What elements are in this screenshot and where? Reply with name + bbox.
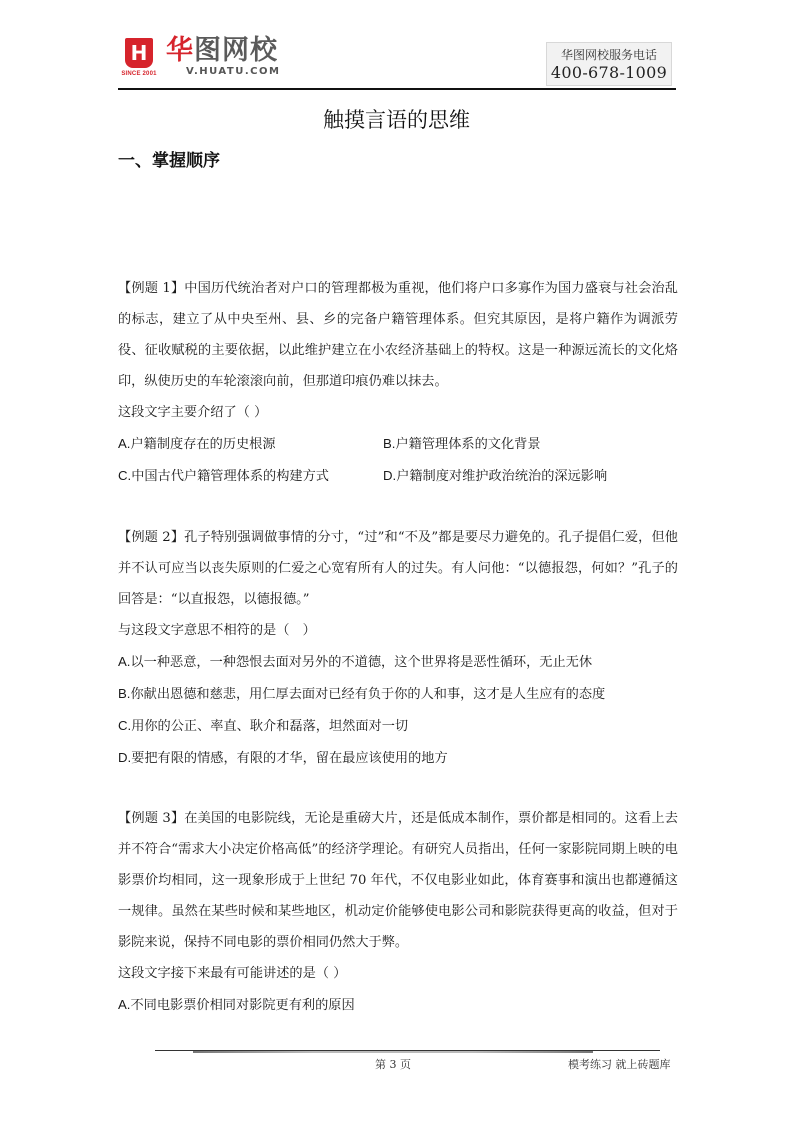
option-c: C.用你的公正、率直、耿介和磊落，坦然面对一切 — [118, 710, 678, 742]
logo-url: V.HUATU.COM — [186, 66, 280, 77]
option-b: B.户籍管理体系的文化背景 — [383, 428, 648, 460]
example-2: 【例题 2】孔子特别强调做事情的分寸，“过”和“不及”都是要尽力避免的。孔子提倡… — [118, 522, 678, 774]
option-b: B.你献出恩德和慈悲，用仁厚去面对已经有负于你的人和事，这才是人生应有的态度 — [118, 678, 678, 710]
logo-shield-icon: H — [125, 38, 153, 68]
option-a: A.不同电影票价相同对影院更有利的原因 — [118, 989, 678, 1021]
option-d: D.要把有限的情感，有限的才华，留在最应该使用的地方 — [118, 742, 678, 774]
footer-slogan: 模考练习 就上砖题库 — [568, 1056, 671, 1072]
document-title: 触摸言语的思维 — [0, 104, 793, 134]
example-label: 【例题 1】 — [118, 281, 184, 296]
example-question: 这段文字主要介绍了（ ） — [118, 397, 678, 428]
huatu-logo: H SINCE 2001 华图网校 V.HUATU.COM — [118, 36, 280, 82]
example-passage: 【例题 1】中国历代统治者对户口的管理都极为重视，他们将户口多寡作为国力盛衰与社… — [118, 273, 678, 397]
example-label: 【例题 2】 — [118, 530, 184, 545]
example-1: 【例题 1】中国历代统治者对户口的管理都极为重视，他们将户口多寡作为国力盛衰与社… — [118, 273, 678, 492]
logo-name: 华图网校 — [166, 36, 280, 66]
example-label: 【例题 3】 — [118, 811, 184, 826]
example-3: 【例题 3】在美国的电影院线，无论是重磅大片，还是低成本制作，票价都是相同的。这… — [118, 803, 678, 1021]
header-divider — [118, 88, 676, 90]
hotline-label: 华图网校服务电话 — [547, 47, 671, 63]
section-heading: 一、掌握顺序 — [118, 146, 220, 171]
hotline-box: 华图网校服务电话 400-678-1009 — [546, 42, 672, 86]
logo-since: SINCE 2001 — [118, 71, 160, 77]
page-header: H SINCE 2001 华图网校 V.HUATU.COM 华图网校服务电话 4… — [118, 36, 674, 90]
footer-divider-shade — [193, 1051, 593, 1053]
option-a: A.以一种恶意，一种怨恨去面对另外的不道德，这个世界将是恶性循环，无止无休 — [118, 646, 678, 678]
logo-badge: H SINCE 2001 — [118, 38, 160, 82]
option-d: D.户籍制度对维护政治统治的深远影响 — [383, 460, 648, 492]
example-question: 这段文字接下来最有可能讲述的是（ ） — [118, 958, 678, 989]
option-c: C.中国古代户籍管理体系的构建方式 — [118, 460, 383, 492]
option-a: A.户籍制度存在的历史根源 — [118, 428, 383, 460]
example-passage: 【例题 2】孔子特别强调做事情的分寸，“过”和“不及”都是要尽力避免的。孔子提倡… — [118, 522, 678, 615]
example-passage: 【例题 3】在美国的电影院线，无论是重磅大片，还是低成本制作，票价都是相同的。这… — [118, 803, 678, 958]
page-number: 第 3 页 — [375, 1056, 411, 1072]
hotline-number: 400-678-1009 — [547, 63, 671, 83]
example-question: 与这段文字意思不相符的是（ ） — [118, 615, 678, 646]
